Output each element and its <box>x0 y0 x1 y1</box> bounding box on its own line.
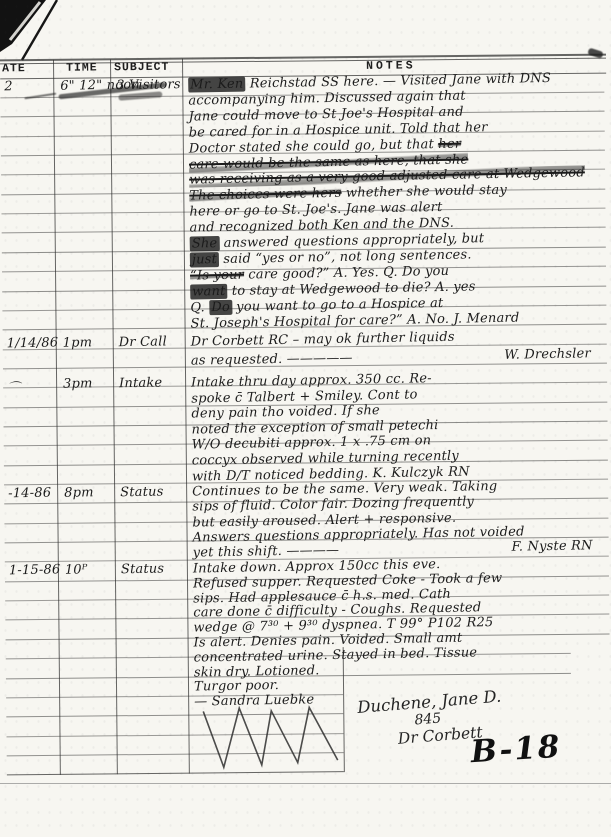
grid-vline <box>53 60 61 775</box>
entry-time: 8pm <box>64 485 94 501</box>
grid-vline <box>110 59 118 774</box>
note-text: want <box>190 284 228 300</box>
note-text: just <box>190 252 219 268</box>
table-layer: ATE TIME SUBJECT NOTES Duchene, Jane D. … <box>0 0 611 837</box>
signature: F. Nyste RN <box>511 538 592 554</box>
entry-time: 1pm <box>63 335 93 351</box>
entry-date: 2 <box>4 79 13 94</box>
scanned-nursing-notes-page: ATE TIME SUBJECT NOTES Duchene, Jane D. … <box>0 0 611 837</box>
entry-subject: Dr Call <box>119 334 167 350</box>
note-text: Mr. Ken <box>188 77 245 93</box>
entry-subject: 3 Visitors <box>116 77 181 93</box>
note-text: “Is your <box>190 267 244 283</box>
entry-date: 1/14/86 <box>7 335 59 351</box>
entry-time: 10ᴾ <box>65 562 88 577</box>
note-text: her <box>438 136 461 151</box>
note-text: — Sandra Luebke <box>194 693 314 710</box>
entry-subject: Status <box>121 561 165 577</box>
note-text: yet this shift. ———— <box>193 543 340 561</box>
note-text: Do <box>209 299 232 314</box>
scan-page-edge <box>0 783 611 784</box>
note-text: Q. <box>190 300 209 315</box>
col-header-notes: NOTES <box>366 59 416 72</box>
note-text: Dr Corbett RC – may ok further liquids <box>191 330 455 350</box>
entry-time: 3pm <box>63 376 93 392</box>
note-text: She <box>190 236 220 252</box>
note-text: as requested. ————— <box>191 351 353 369</box>
entry-date: ⌒ <box>7 377 21 396</box>
entry-date: 1-15-86 <box>9 562 61 578</box>
entry-subject: Status <box>120 484 164 500</box>
signature: W. Drechsler <box>504 346 591 363</box>
exhibit-label: B-18 <box>470 729 563 771</box>
entry-date: -14-86 <box>8 486 51 502</box>
entry-subject: Intake <box>119 375 163 391</box>
